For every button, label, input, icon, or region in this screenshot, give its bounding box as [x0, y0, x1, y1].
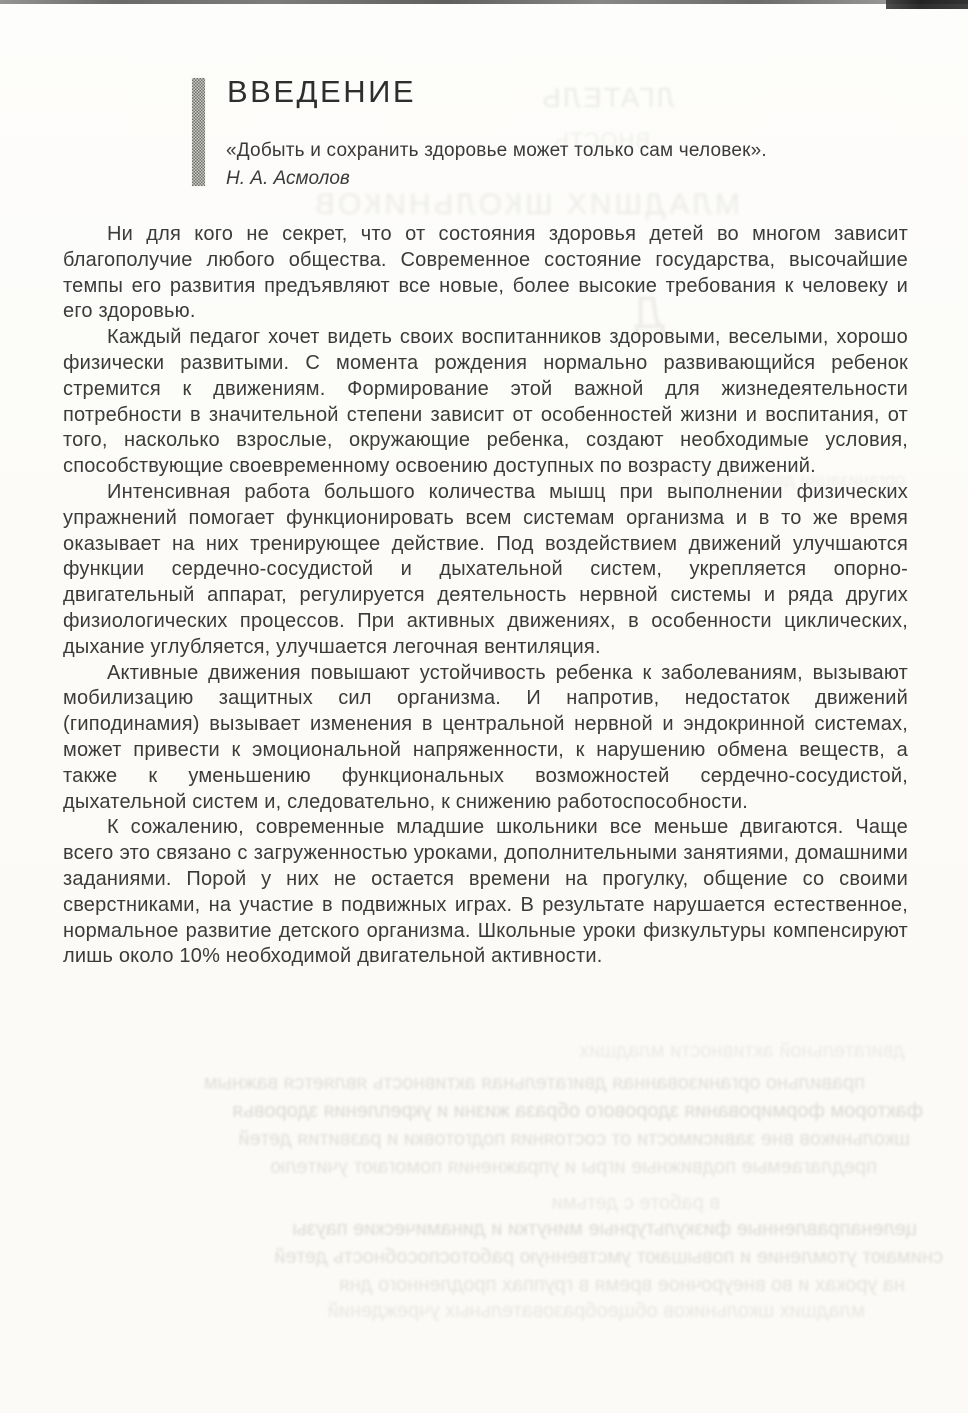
paragraph: Активные движения повышают устойчивость …	[63, 661, 908, 816]
bleedthrough-line: правильно организованная двигательная ак…	[65, 1072, 865, 1095]
epigraph: «Добыть и сохранить здоровье может тольк…	[226, 137, 891, 193]
bleedthrough-line: предлагаемые подвижные игры и упражнения…	[65, 1156, 877, 1179]
bleedthrough-line: в работе с детьми	[430, 1192, 720, 1215]
paragraph: Интенсивная работа большого количества м…	[63, 480, 908, 661]
bleedthrough-fragment: МЛАДШИХ ШКОЛЬНИКОВ	[60, 188, 740, 222]
paragraph: Ни для кого не секрет, что от состояния …	[63, 222, 908, 325]
bleedthrough-line: двигательной активности младших	[360, 1040, 905, 1063]
paragraph: К сожалению, современные младшие школьни…	[63, 815, 908, 970]
paragraph: Каждый педагог хочет видеть своих воспит…	[63, 325, 908, 480]
epigraph-author: Н. А. Асмолов	[226, 165, 891, 193]
bleedthrough-line: фактором формирования здорового образа ж…	[65, 1100, 923, 1123]
scanned-book-page: ЛГАТЕЛЬ ВНОСТЬ МЛАДШИХ ШКОЛЬНИКОВ Д орга…	[0, 0, 968, 1413]
bleedthrough-line: снимают утомление и повышают умственную …	[65, 1246, 943, 1269]
scan-edge-artifact-corner	[886, 0, 968, 9]
body-text: Ни для кого не секрет, что от состояния …	[63, 222, 908, 970]
scan-edge-artifact-top	[0, 0, 968, 4]
page-title: ВВЕДЕНИЕ	[227, 74, 416, 110]
bleedthrough-line: на уроках и во внеурочное время в группа…	[65, 1274, 905, 1297]
bleedthrough-line: целенаправленные физкультурные минутки и…	[65, 1218, 917, 1241]
epigraph-quote: «Добыть и сохранить здоровье может тольк…	[226, 137, 891, 165]
bleedthrough-line: младших школьников общеобразовательных у…	[65, 1300, 865, 1323]
bleedthrough-line: школьников вне зависимости от состояния …	[65, 1128, 910, 1151]
title-accent-bar	[192, 78, 205, 186]
bleedthrough-fragment: ЛГАТЕЛЬ	[495, 82, 675, 114]
